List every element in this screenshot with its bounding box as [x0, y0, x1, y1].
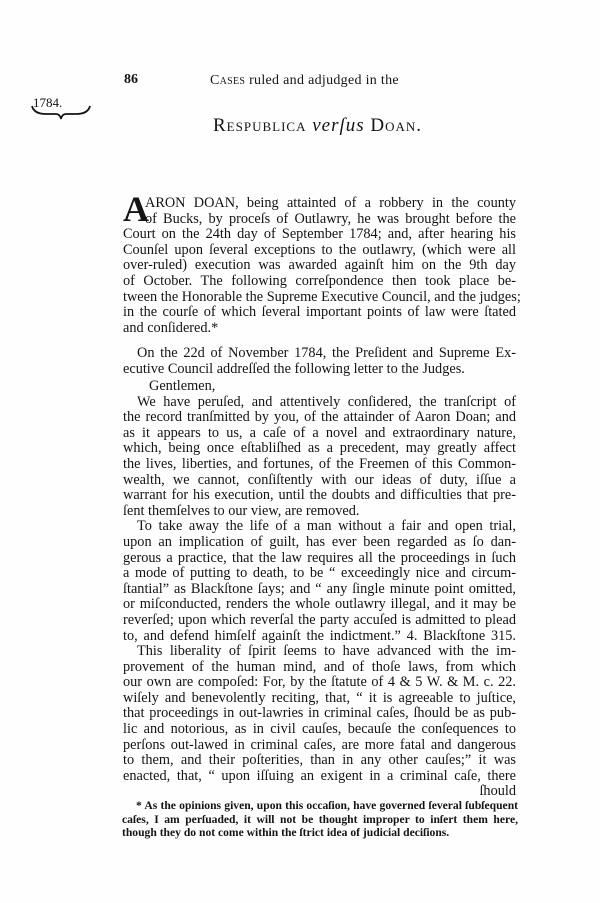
text-line: lic and notorious, as in civil cauſes, b… — [123, 722, 516, 738]
case-title: Respublica verſus Doan. — [213, 115, 422, 137]
council-paragraph: On the 22d of November 1784, the Preſide… — [123, 346, 516, 377]
text-line: On the 22d of November 1784, the Preſide… — [123, 346, 516, 362]
text-line: To take away the life of a man without a… — [123, 519, 516, 535]
page-number: 86 — [124, 72, 138, 88]
text-line: as it appears to us, a caſe of a novel a… — [123, 426, 516, 442]
text-line: of October. The following correſpondence… — [123, 274, 516, 290]
running-head-rest: ruled and adjudged in the — [245, 73, 399, 88]
letter-salutation: Gentlemen, — [123, 379, 516, 395]
text-line: upon an implication of guilt, has ever b… — [123, 535, 516, 551]
text-line: our own are compoſed: For, by the ſtatut… — [123, 675, 516, 691]
text-line: or miſconducted, renders the whole outla… — [123, 597, 516, 613]
text-line: the record tranſmitted by you, of the at… — [123, 410, 516, 426]
text-line: and conſidered.* — [123, 321, 516, 337]
text-line: provement of the human mind, and of thoſ… — [123, 660, 516, 676]
intro-paragraph: ARON DOAN, being attainted of a robbery … — [123, 196, 516, 336]
text-line: reverſed; upon which reverſal the party … — [123, 613, 516, 629]
case-title-versus: verſus — [312, 115, 364, 136]
footnote-line: * As the opinions given, upon this occaſ… — [122, 799, 518, 813]
text-line: perſons out-lawed in criminal caſes, are… — [123, 738, 516, 754]
text-line: This liberality of ſpirit ſeems to have … — [123, 644, 516, 660]
text-line: ARON DOAN, being attainted of a robbery … — [123, 196, 516, 212]
text-line: enacted, that, “ upon iſſuing an exigent… — [123, 769, 516, 785]
case-title-plaintiff: Respublica — [213, 115, 312, 136]
text-line: to, and defend himſelf againſt the indic… — [123, 629, 516, 645]
text-line: in the courſe of which ſeveral important… — [123, 305, 516, 321]
curly-brace-icon — [30, 104, 92, 120]
text-line: that proceedings in out-lawries in crimi… — [123, 706, 516, 722]
footnote-line: though they do not come within the ſtric… — [122, 826, 518, 840]
text-line: over-ruled) execution was awarded againſ… — [123, 258, 516, 274]
text-line: wiſely and benevolently reciting, that, … — [123, 691, 516, 707]
text-line: which, being once eſtabliſhed as a prece… — [123, 441, 516, 457]
text-line: of Bucks, by proceſs of Outlawry, he was… — [123, 212, 516, 228]
letter-body: Gentlemen, We have peruſed, and attentiv… — [123, 379, 516, 800]
running-head: Cases ruled and adjudged in the — [210, 73, 399, 89]
text-line: to them, and their poſterities, than in … — [123, 753, 516, 769]
text-line: ſent themſelves to our view, are removed… — [123, 504, 516, 520]
text-line: Counſel upon ſeveral exceptions to the o… — [123, 243, 516, 259]
case-title-defendant: Doan. — [365, 115, 422, 136]
text-line: warrant for his execution, until the dou… — [123, 488, 516, 504]
book-page: 86 Cases ruled and adjudged in the 1784.… — [0, 0, 600, 903]
text-line: tween the Honorable the Supreme Executiv… — [123, 290, 516, 306]
footnote: * As the opinions given, upon this occaſ… — [122, 799, 518, 840]
running-head-cap: Cases — [210, 73, 245, 88]
text-line: a mode of putting to death, to be “ exce… — [123, 566, 516, 582]
text-line: Court on the 24th day of September 1784;… — [123, 227, 516, 243]
text-line: We have peruſed, and attentively conſide… — [123, 395, 516, 411]
text-line: gerous a practice, that the law requires… — [123, 551, 516, 567]
text-line: the lives, liberties, and fortunes, of t… — [123, 457, 516, 473]
text-line: ecutive Council addreſſed the following … — [123, 362, 516, 378]
catchword: ſhould — [123, 784, 516, 800]
footnote-line: caſes, I am perſuaded, it will not be th… — [122, 813, 518, 827]
text-line: ſtantial” as Blackſtone ſays; and “ any … — [123, 582, 516, 598]
text-line: wealth, we cannot, conſiſtently with our… — [123, 473, 516, 489]
